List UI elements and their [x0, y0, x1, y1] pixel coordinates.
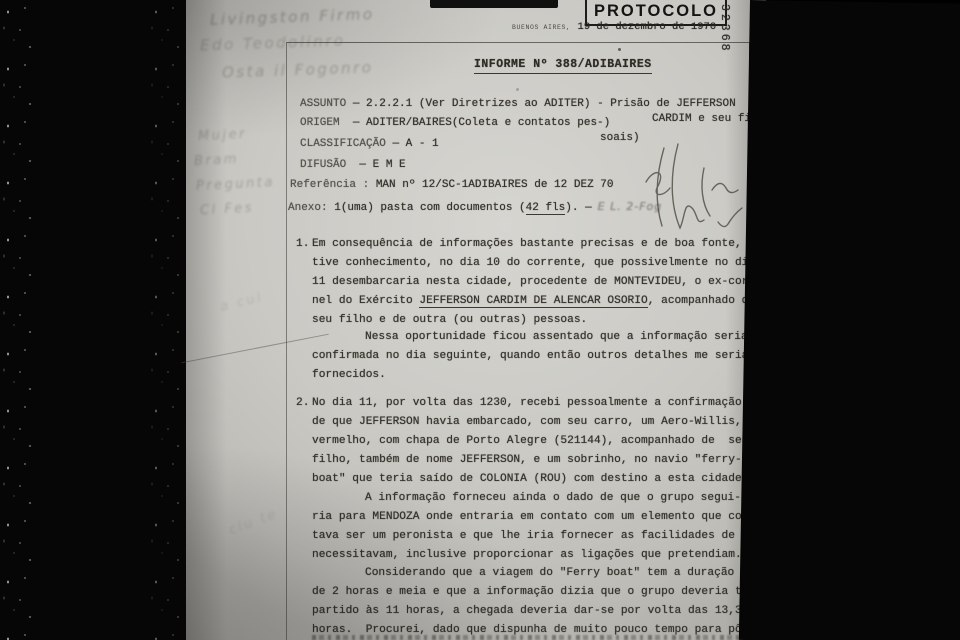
body-line: Em consequência de informações bastante … — [312, 235, 757, 254]
handwritten-annotation: Livingston Firmo — [210, 5, 375, 29]
dateline-city: BUENOS AIRES, — [512, 24, 571, 31]
field-referencia-value: MAN nº 12/SC-1ADIBAIRES de 12 DEZ 70 — [376, 179, 614, 191]
scanned-document-page: PROTOCOLO 32368 BUENOS AIRES, 19 de deze… — [186, 0, 766, 640]
field-referencia-label: Referência : — [290, 179, 369, 191]
margin-scrawl: a cul — [219, 290, 265, 315]
body-line: partido às 11 horas, a chegada deveria d… — [312, 602, 757, 621]
paragraph-5: Considerando que a viagem do "Ferry boat… — [312, 564, 757, 640]
film-border-right — [739, 0, 960, 640]
body-line: A informação forneceu ainda o dado de qu… — [312, 489, 757, 508]
dateline-date: 19 de dezembro de 1970 — [578, 21, 717, 33]
paragraph-2: Nessa oportunidade ficou assentado que a… — [312, 328, 757, 385]
paragraph-3: 2. No dia 11, por volta das 1230, recebi… — [312, 394, 757, 489]
body-line: necessitavam, inclusive proporcionar as … — [312, 546, 757, 565]
body-line: Nessa oportunidade ficou assentado que a… — [312, 328, 757, 347]
body-line: tava ser um peronista e que lhe iria for… — [312, 527, 757, 546]
field-difusao-value: — E M E — [359, 159, 405, 171]
paragraph-1-number: 1. — [296, 235, 309, 254]
film-grain-texture — [148, 0, 186, 640]
field-origem-label: ORIGEM — [300, 117, 340, 129]
field-assunto-value: — 2.2.2.1 (Ver Diretrizes ao ADITER) - P… — [353, 98, 736, 110]
dateline: BUENOS AIRES, 19 de dezembro de 1970 — [512, 21, 716, 33]
body-line: de 2 horas e meia e que a informação diz… — [312, 583, 757, 602]
body-line: filho, também de nome JEFFERSON, e um so… — [312, 451, 757, 470]
body-line: boat" que teria saído de COLONIA (ROU) c… — [312, 470, 757, 489]
paragraph-3-number: 2. — [296, 394, 309, 413]
body-line: ria para MENDOZA onde entraria em contat… — [312, 508, 757, 527]
field-anexo-value-pre: 1(uma) pasta com documentos ( — [334, 202, 525, 214]
field-classificacao: CLASSIFICAÇÃO — A - 1 — [300, 138, 439, 150]
body-line: fornecidos. — [312, 366, 757, 385]
body-line: Considerando que a viagem do "Ferry boat… — [312, 564, 757, 583]
field-anexo-value-post: ). — — [565, 202, 591, 214]
protocolo-stamp-label: PROTOCOLO — [594, 2, 718, 21]
field-difusao-label: DIFUSÃO — [300, 159, 346, 171]
body-line: tive conhecimento, no dia 10 do corrente… — [312, 254, 757, 273]
field-classificacao-label: CLASSIFICAÇÃO — [300, 138, 386, 150]
cutoff-header-bar — [430, 0, 558, 8]
body-line: No dia 11, por volta das 1230, recebi pe… — [312, 394, 757, 413]
field-difusao: DIFUSÃO — E M E — [300, 159, 406, 171]
margin-handwriting: Cl Fes — [200, 201, 255, 219]
field-anexo-label: Anexo: — [288, 202, 328, 214]
field-assunto: ASSUNTO — 2.2.2.1 (Ver Diretrizes ao ADI… — [300, 98, 736, 110]
field-assunto-label: ASSUNTO — [300, 98, 346, 110]
margin-handwriting: Pregunta — [196, 175, 276, 194]
body-line: de que JEFFERSON havia embarcado, com se… — [312, 413, 757, 432]
margin-scrawl: clu te — [227, 507, 280, 539]
paragraph-1: 1. Em consequência de informações bastan… — [312, 235, 757, 330]
field-origem: ORIGEM — ADITER/BAIRES(Coleta e contatos… — [300, 117, 610, 129]
ink-dot — [516, 88, 519, 91]
field-classificacao-value: — A - 1 — [392, 138, 438, 150]
body-line: 11 desembarcaria nesta cidade, procedent… — [312, 273, 757, 292]
paragraph-4: A informação forneceu ainda o dado de qu… — [312, 489, 757, 565]
body-line: confirmada no dia seguinte, quando então… — [312, 347, 757, 366]
field-origem-value: — ADITER/BAIRES(Coleta e contatos pes-) — [353, 117, 610, 129]
ink-dot — [618, 48, 621, 51]
document-photo: PROTOCOLO 32368 BUENOS AIRES, 19 de deze… — [0, 0, 960, 640]
field-anexo-folios: 42 fls — [526, 202, 566, 215]
margin-handwriting: Bram — [194, 152, 240, 169]
body-line: vermelho, com chapa de Porto Alegre (521… — [312, 432, 757, 451]
body-line: nel do Exército JEFFERSON CARDIM DE ALEN… — [312, 292, 757, 311]
underlined-name: JEFFERSON CARDIM DE ALENCAR OSORIO — [419, 295, 647, 308]
document-title: INFORME Nº 388/ADIBAIRES — [474, 58, 652, 71]
field-referencia: Referência : MAN nº 12/SC-1ADIBAIRES de … — [290, 179, 613, 191]
signature-scrawl — [600, 138, 750, 238]
film-grain-texture — [0, 0, 38, 640]
cutoff-text-line — [312, 635, 748, 640]
margin-handwriting: Mujer — [198, 127, 248, 145]
